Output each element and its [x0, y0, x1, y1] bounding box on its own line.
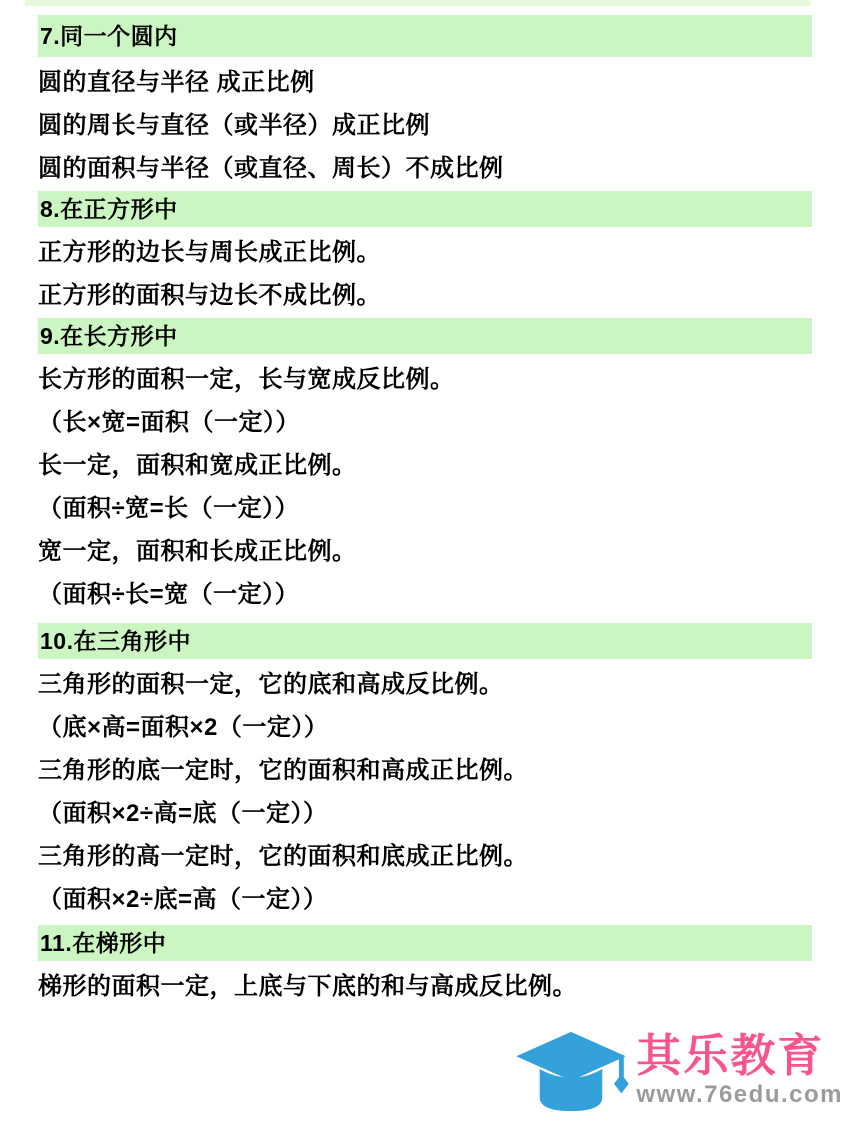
notes-page: 7.同一个圆内 圆的直径与半径 成正比例 圆的周长与直径（或半径）成正比例 圆的…: [0, 0, 851, 1122]
formula-line: （面积×2÷高=底（一定））: [38, 802, 812, 826]
section-heading-7: 7.同一个圆内: [38, 15, 812, 57]
website-url: www.76edu.com: [636, 1083, 843, 1107]
formula-line: （面积÷长=宽（一定））: [38, 583, 812, 607]
section-heading-8: 8.在正方形中: [38, 191, 812, 227]
section-heading-10: 10.在三角形中: [38, 623, 812, 659]
note-line: 正方形的边长与周长成正比例。: [38, 241, 812, 265]
note-line: 长方形的面积一定，长与宽成反比例。: [38, 368, 812, 392]
notes-content: 7.同一个圆内 圆的直径与半径 成正比例 圆的周长与直径（或半径）成正比例 圆的…: [38, 0, 812, 999]
formula-line: （底×高=面积×2（一定））: [38, 716, 812, 740]
note-line: 宽一定，面积和长成正比例。: [38, 540, 812, 564]
footer-logo: 其乐教育 www.76edu.com: [512, 1026, 843, 1114]
note-line: 梯形的面积一定，上底与下底的和与高成反比例。: [38, 975, 812, 999]
footer-logo-text: 其乐教育 www.76edu.com: [636, 1033, 843, 1107]
note-line: 圆的周长与直径（或半径）成正比例: [38, 114, 812, 138]
note-line: 三角形的高一定时，它的面积和底成正比例。: [38, 845, 812, 869]
note-line: 三角形的面积一定，它的底和高成反比例。: [38, 673, 812, 697]
formula-line: （面积÷宽=长（一定））: [38, 497, 812, 521]
brand-name: 其乐教育: [636, 1033, 824, 1078]
formula-line: （面积×2÷底=高（一定））: [38, 888, 812, 912]
note-line: 三角形的底一定时，它的面积和高成正比例。: [38, 759, 812, 783]
note-line: 正方形的面积与边长不成比例。: [38, 284, 812, 308]
section-heading-11: 11.在梯形中: [38, 925, 812, 961]
section-heading-9: 9.在长方形中: [38, 318, 812, 354]
note-line: 长一定，面积和宽成正比例。: [38, 454, 812, 478]
note-line: 圆的面积与半径（或直径、周长）不成比例: [38, 157, 812, 181]
formula-line: （长×宽=面积（一定））: [38, 411, 812, 435]
note-line: 圆的直径与半径 成正比例: [38, 71, 812, 95]
graduation-cap-icon: [512, 1026, 630, 1114]
